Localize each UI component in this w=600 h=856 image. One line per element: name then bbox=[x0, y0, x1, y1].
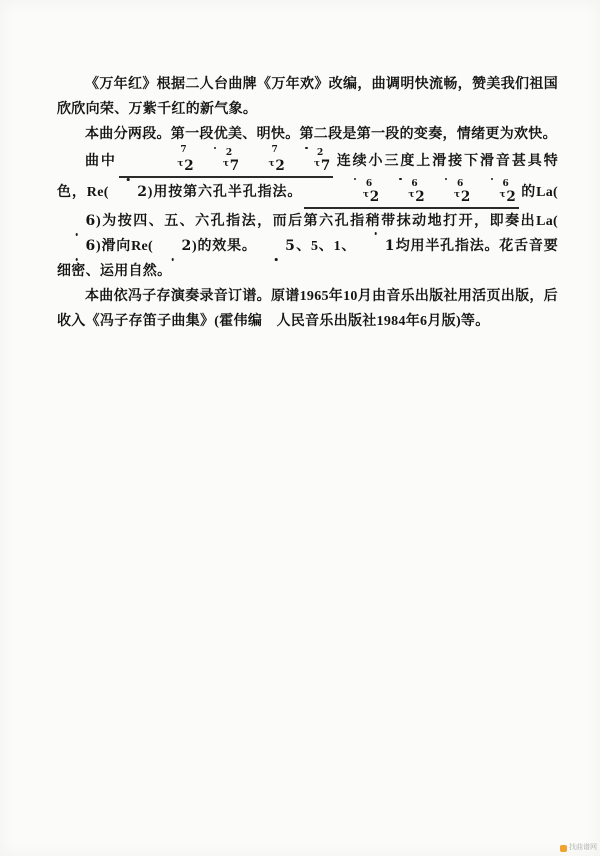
text-run: 本曲依冯子存演奏录音订谱。原谱1965年10月由音乐出版社用活页出版，后收入《冯… bbox=[57, 289, 558, 329]
octave-dot-high bbox=[214, 147, 216, 149]
octave-dot-high bbox=[127, 178, 130, 181]
grace-slide-figure: 7τ2 bbox=[149, 147, 194, 173]
grace-note: 6 bbox=[333, 181, 378, 188]
slide-ornament-icon: τ bbox=[314, 159, 320, 169]
main-note: 2 bbox=[275, 158, 285, 174]
octave-dot-high bbox=[305, 147, 307, 149]
grace-note: 7 bbox=[238, 147, 283, 154]
notation-group: 7τ22τ77τ22τ7 bbox=[119, 147, 333, 178]
text-run: )的效果。 bbox=[192, 239, 257, 254]
grace-slide-figure: 6τ2 bbox=[335, 178, 380, 204]
text-run: )为按四、五、六孔指法，而后第六孔指稍带抹动地打开，即奏出La( bbox=[96, 214, 558, 229]
document-body: 《万年红》根据二人台曲牌《万年欢》改编，曲调明快流畅，赞美我们祖国欣欣向荣、万紫… bbox=[57, 72, 558, 334]
main-note: 2 bbox=[461, 189, 471, 205]
octave-dot-high bbox=[491, 178, 493, 180]
grace-slide-figure: 2τ7 bbox=[195, 147, 240, 173]
text-run: 、5、1、 bbox=[296, 239, 356, 254]
grace-slide-figure: 2τ7 bbox=[286, 147, 331, 173]
notation-group: 6τ26τ26τ26τ2 bbox=[304, 178, 518, 209]
main-note: 2 bbox=[184, 158, 194, 174]
jianpu-number: 1 bbox=[356, 234, 395, 259]
jianpu-number: 5 bbox=[257, 234, 296, 259]
octave-dot-low bbox=[75, 258, 78, 261]
slide-ornament-icon: τ bbox=[454, 190, 460, 200]
text-run: 《万年红》根据二人台曲牌《万年欢》改编，曲调明快流畅，赞美我们祖国欣欣向荣、万紫… bbox=[57, 77, 558, 117]
octave-dot-high bbox=[354, 178, 356, 180]
main-note: 7 bbox=[321, 158, 331, 174]
scanned-page: 《万年红》根据二人台曲牌《万年欢》改编，曲调明快流畅，赞美我们祖国欣欣向荣、万紫… bbox=[0, 0, 600, 856]
grace-note: 2 bbox=[193, 150, 238, 157]
paragraph-structure: 本曲分两段。第一段优美、明快。第二段是第一段的变奏，情绪更为欢快。 bbox=[57, 122, 558, 147]
watermark-text: 找曲谱网 bbox=[569, 844, 597, 852]
main-note: 2 bbox=[506, 189, 516, 205]
octave-dot-high bbox=[399, 178, 401, 180]
main-note: 2 bbox=[370, 189, 380, 205]
watermark: 找曲谱网 bbox=[560, 844, 597, 852]
octave-dot-low bbox=[275, 258, 278, 261]
jianpu-number: 2 bbox=[109, 180, 148, 205]
text-run: )用按第六孔半孔指法。 bbox=[148, 185, 303, 200]
slide-ornament-icon: τ bbox=[500, 190, 506, 200]
jianpu-number: 6 bbox=[57, 234, 96, 259]
octave-dot-low bbox=[171, 258, 174, 261]
slide-ornament-icon: τ bbox=[177, 159, 183, 169]
grace-note: 6 bbox=[424, 181, 469, 188]
grace-slide-figure: 6τ2 bbox=[380, 178, 425, 204]
grace-slide-figure: 6τ2 bbox=[472, 178, 517, 204]
paragraph-technique: 曲中7τ22τ77τ22τ7连续小三度上滑接下滑音甚具特色，Re(2)用按第六孔… bbox=[57, 147, 558, 284]
grace-note: 7 bbox=[147, 147, 192, 154]
main-note: 7 bbox=[230, 158, 240, 174]
grace-slide-figure: 7τ2 bbox=[240, 147, 285, 173]
slide-ornament-icon: τ bbox=[408, 190, 414, 200]
text-run: 的La( bbox=[521, 185, 558, 200]
grace-note: 6 bbox=[470, 181, 515, 188]
main-note: 2 bbox=[415, 189, 425, 205]
octave-dot-high bbox=[374, 232, 377, 235]
paragraph-source: 本曲依冯子存演奏录音订谱。原谱1965年10月由音乐出版社用活页出版，后收入《冯… bbox=[57, 284, 558, 334]
slide-ornament-icon: τ bbox=[223, 159, 229, 169]
grace-note: 6 bbox=[378, 181, 423, 188]
octave-dot-high bbox=[445, 178, 447, 180]
text-run: 曲中 bbox=[85, 154, 117, 169]
text-run: 本曲分两段。第一段优美、明快。第二段是第一段的变奏，情绪更为欢快。 bbox=[85, 127, 557, 142]
grace-note: 2 bbox=[284, 150, 329, 157]
slide-ornament-icon: τ bbox=[363, 190, 369, 200]
slide-ornament-icon: τ bbox=[268, 159, 274, 169]
text-run: )滑向Re( bbox=[96, 239, 153, 254]
grace-slide-figure: 6τ2 bbox=[426, 178, 471, 204]
jianpu-number: 6 bbox=[57, 209, 96, 234]
jianpu-number: 2 bbox=[153, 234, 192, 259]
paragraph-intro: 《万年红》根据二人台曲牌《万年欢》改编，曲调明快流畅，赞美我们祖国欣欣向荣、万紫… bbox=[57, 72, 558, 122]
scan-speck bbox=[160, 318, 163, 321]
smiley-logo-icon bbox=[560, 845, 567, 852]
